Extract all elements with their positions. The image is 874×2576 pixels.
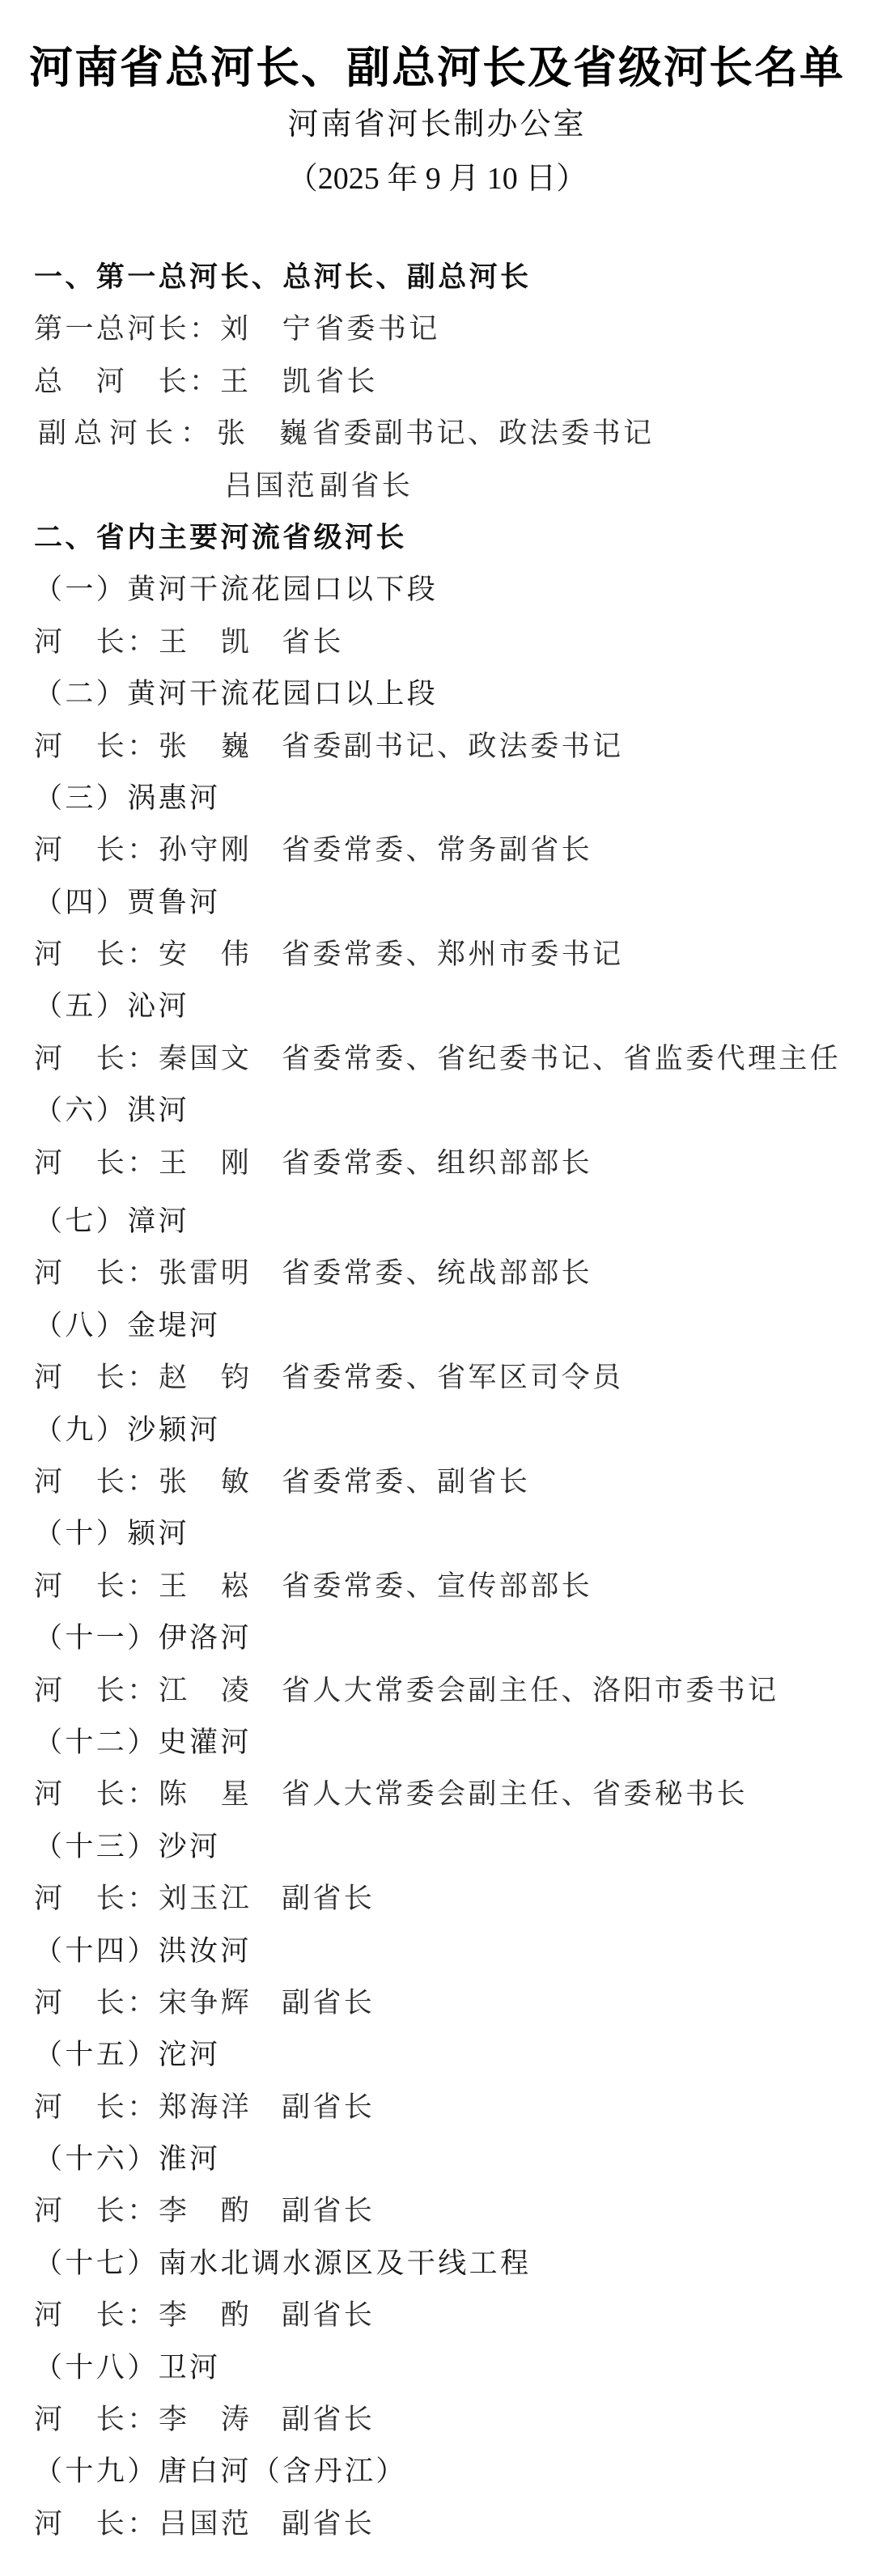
river-title: 史灌河 (159, 1727, 252, 1759)
river-name: （九）沙颍河 (0, 1405, 874, 1456)
chief-title: 副省长 (282, 2299, 375, 2332)
chief-name: 郑海洋 (159, 2082, 282, 2133)
river-chief: 河 长：李 酌副省长 (0, 2290, 874, 2341)
leader-entry: 总 河 长：王 凯省长 (0, 356, 874, 408)
chief-title: 省委常委、副省长 (282, 1466, 530, 1498)
river-number: （七） (34, 1205, 127, 1238)
river-title: 沙颍河 (127, 1414, 220, 1447)
issuer: 河南省河长制办公室 (0, 104, 874, 144)
river-chief: 河 长：陈 星省人大常委会副主任、省委秘书长 (0, 1769, 874, 1820)
river-number: （九） (34, 1414, 127, 1447)
river-name: （三）涡惠河 (0, 773, 874, 824)
river-name: （十二）史灌河 (0, 1717, 874, 1769)
chief-label: 河 长： (34, 1456, 159, 1508)
river-chief: 河 长：张 敏省委常委、副省长 (0, 1456, 874, 1508)
leader-entry: 第一总河长：刘 宁省委书记 (0, 303, 874, 355)
river-chief: 河 长：王 崧省委常委、宣传部部长 (0, 1561, 874, 1612)
river-name: （十六）淮河 (0, 2133, 874, 2185)
river-name: （四）贾鲁河 (0, 877, 874, 929)
river-title: 颍河 (127, 1518, 189, 1550)
river-name: （十八）卫河 (0, 2342, 874, 2394)
river-title: 伊洛河 (159, 1622, 252, 1654)
section-heading-1: 一、第一总河长、总河长、副总河长 (0, 252, 874, 303)
river-title: 南水北调水源区及干线工程 (159, 2248, 532, 2280)
river-name: （十五）沱河 (0, 2029, 874, 2081)
river-number: （二） (34, 678, 127, 710)
issue-date: （2025 年 9 月 10 日） (0, 159, 874, 199)
chief-label: 河 长： (34, 1352, 159, 1404)
document-title: 河南省总河长、副总河长及省级河长名单 (0, 39, 874, 95)
chief-title: 副省长 (282, 2508, 375, 2540)
chief-title: 省委常委、省军区司令员 (282, 1362, 623, 1394)
chief-title: 省委常委、常务副省长 (282, 834, 592, 866)
river-chief: 河 长：李 涛副省长 (0, 2394, 874, 2446)
chief-name: 陈 星 (159, 1769, 282, 1820)
chief-title: 副省长 (282, 2195, 375, 2227)
chief-label: 河 长： (34, 2082, 159, 2133)
river-name: （二）黄河干流花园口以上段 (0, 668, 874, 720)
entry-name: 张 巍 (217, 408, 312, 460)
chief-title: 省人大常委会副主任、省委秘书长 (282, 1778, 748, 1811)
chief-title: 副省长 (282, 1987, 375, 2019)
entry-title: 省长 (316, 366, 378, 398)
river-number: （十六） (34, 2143, 159, 2176)
river-title: 贾鲁河 (127, 887, 220, 919)
river-chief: 河 长：张雷明省委常委、统战部部长 (0, 1248, 874, 1299)
chief-title: 副省长 (282, 2091, 375, 2124)
chief-name: 安 伟 (159, 929, 282, 981)
chief-title: 省委常委、统战部部长 (282, 1257, 592, 1290)
leader-entry: 吕国范副省长 (0, 460, 874, 512)
river-name: （五）沁河 (0, 981, 874, 1032)
river-chief: 河 长：张 巍省委副书记、政法委书记 (0, 721, 874, 773)
chief-title: 省人大常委会副主任、洛阳市委书记 (282, 1675, 779, 1707)
river-title: 唐白河（含丹江） (159, 2455, 407, 2488)
river-name: （八）金堤河 (0, 1300, 874, 1352)
river-title: 淮河 (159, 2143, 221, 2176)
chief-title: 省委常委、郑州市委书记 (282, 938, 623, 971)
chief-name: 赵 钧 (159, 1352, 282, 1404)
chief-label: 河 长： (34, 1561, 159, 1612)
river-number: （一） (34, 574, 127, 606)
river-chief: 河 长：孙守刚省委常委、常务副省长 (0, 824, 874, 876)
chief-label: 河 长： (34, 2498, 159, 2550)
river-name: （六）淇河 (0, 1085, 874, 1137)
chief-name: 王 刚 (159, 1138, 282, 1189)
chief-label: 河 长： (34, 824, 159, 876)
chief-label: 河 长： (34, 1033, 159, 1085)
river-title: 沱河 (159, 2039, 221, 2071)
river-chief: 河 长：吕国范副省长 (0, 2498, 874, 2550)
chief-label: 河 长： (34, 1248, 159, 1299)
chief-label: 河 长： (34, 1138, 159, 1189)
river-title: 金堤河 (127, 1310, 220, 1342)
river-title: 沙河 (159, 1831, 221, 1863)
entry-name: 王 凯 (220, 356, 316, 408)
chief-title: 省委常委、组织部部长 (282, 1147, 592, 1180)
river-number: （六） (34, 1095, 127, 1127)
river-name: （一）黄河干流花园口以下段 (0, 564, 874, 616)
river-name: （十七）南水北调水源区及干线工程 (0, 2238, 874, 2290)
river-number: （五） (34, 990, 127, 1023)
chief-title: 副省长 (282, 1883, 375, 1915)
river-number: （十七） (34, 2248, 159, 2280)
river-number: （八） (34, 1310, 127, 1342)
entry-label: 第一总河长： (34, 303, 220, 355)
chief-name: 李 酌 (159, 2290, 282, 2341)
river-chief: 河 长：李 酌副省长 (0, 2185, 874, 2237)
entry-title: 省委书记 (316, 313, 440, 345)
chief-name: 王 凯 (159, 616, 282, 668)
river-name: （七）漳河 (0, 1196, 874, 1248)
river-number: （十三） (34, 1831, 159, 1863)
chief-title: 省长 (282, 626, 344, 659)
chief-title: 省委常委、省纪委书记、省监委代理主任 (282, 1043, 841, 1075)
river-title: 黄河干流花园口以上段 (127, 678, 438, 710)
river-name: （十四）洪汝河 (0, 1926, 874, 1977)
chief-label: 河 长： (34, 2290, 159, 2341)
river-number: （十五） (34, 2039, 159, 2071)
river-title: 沁河 (127, 990, 189, 1023)
chief-label: 河 长： (34, 616, 159, 668)
chief-label: 河 长： (34, 1665, 159, 1717)
chief-label: 河 长： (34, 1873, 159, 1925)
chief-label: 河 长： (34, 1977, 159, 2029)
leader-entry: 副总河长：张 巍省委副书记、政法委书记 (0, 408, 874, 460)
river-number: （十四） (34, 1935, 159, 1968)
chief-name: 张雷明 (159, 1248, 282, 1299)
entry-name: 吕国范 (224, 460, 320, 512)
chief-name: 宋争辉 (159, 1977, 282, 2029)
entry-label: 副总河长： (38, 408, 217, 460)
river-number: （十） (34, 1518, 127, 1550)
river-chief: 河 长：宋争辉副省长 (0, 1977, 874, 2029)
chief-label: 河 长： (34, 1769, 159, 1820)
river-number: （十九） (34, 2455, 159, 2488)
river-name: （十九）唐白河（含丹江） (0, 2446, 874, 2498)
document-body: 一、第一总河长、总河长、副总河长 第一总河长：刘 宁省委书记 总 河 长：王 凯… (0, 252, 874, 2550)
chief-title: 省委常委、宣传部部长 (282, 1570, 592, 1603)
river-title: 洪汝河 (159, 1935, 252, 1968)
chief-label: 河 长： (34, 929, 159, 981)
river-chief: 河 长：安 伟省委常委、郑州市委书记 (0, 929, 874, 981)
chief-title: 省委副书记、政法委书记 (282, 731, 623, 763)
river-chief: 河 长：秦国文省委常委、省纪委书记、省监委代理主任 (0, 1033, 874, 1085)
river-chief: 河 长：王 刚省委常委、组织部部长 (0, 1138, 874, 1189)
chief-name: 张 敏 (159, 1456, 282, 1508)
chief-name: 吕国范 (159, 2498, 282, 2550)
chief-name: 孙守刚 (159, 824, 282, 876)
entry-label: 总 河 长： (34, 356, 220, 408)
entry-name: 刘 宁 (220, 303, 316, 355)
river-chief: 河 长：王 凯省长 (0, 616, 874, 668)
river-chief: 河 长：刘玉江副省长 (0, 1873, 874, 1925)
river-chief: 河 长：赵 钧省委常委、省军区司令员 (0, 1352, 874, 1404)
river-number: （四） (34, 887, 127, 919)
river-number: （十二） (34, 1727, 159, 1759)
river-number: （十八） (34, 2352, 159, 2384)
entry-title: 省委副书记、政法委书记 (312, 417, 654, 450)
document-page: 河南省总河长、副总河长及省级河长名单 河南省河长制办公室 （2025 年 9 月… (0, 0, 874, 2576)
chief-title: 副省长 (282, 2404, 375, 2436)
river-name: （十）颍河 (0, 1508, 874, 1560)
section-heading-2: 二、省内主要河流省级河长 (0, 512, 874, 564)
chief-name: 秦国文 (159, 1033, 282, 1085)
river-title: 卫河 (159, 2352, 221, 2384)
river-title: 漳河 (127, 1205, 189, 1238)
river-chief: 河 长：江 凌省人大常委会副主任、洛阳市委书记 (0, 1665, 874, 1717)
chief-label: 河 长： (34, 2185, 159, 2237)
chief-name: 李 涛 (159, 2394, 282, 2446)
chief-label: 河 长： (34, 721, 159, 773)
river-number: （三） (34, 782, 127, 815)
river-name: （十三）沙河 (0, 1821, 874, 1873)
chief-name: 张 巍 (159, 721, 282, 773)
river-name: （十一）伊洛河 (0, 1612, 874, 1664)
chief-label: 河 长： (34, 2394, 159, 2446)
chief-name: 王 崧 (159, 1561, 282, 1612)
river-number: （十一） (34, 1622, 159, 1654)
river-title: 涡惠河 (127, 782, 220, 815)
chief-name: 李 酌 (159, 2185, 282, 2237)
chief-name: 江 凌 (159, 1665, 282, 1717)
river-title: 黄河干流花园口以下段 (127, 574, 438, 606)
entry-title: 副省长 (320, 470, 413, 502)
river-title: 淇河 (127, 1095, 189, 1127)
chief-name: 刘玉江 (159, 1873, 282, 1925)
river-chief: 河 长：郑海洋副省长 (0, 2082, 874, 2133)
